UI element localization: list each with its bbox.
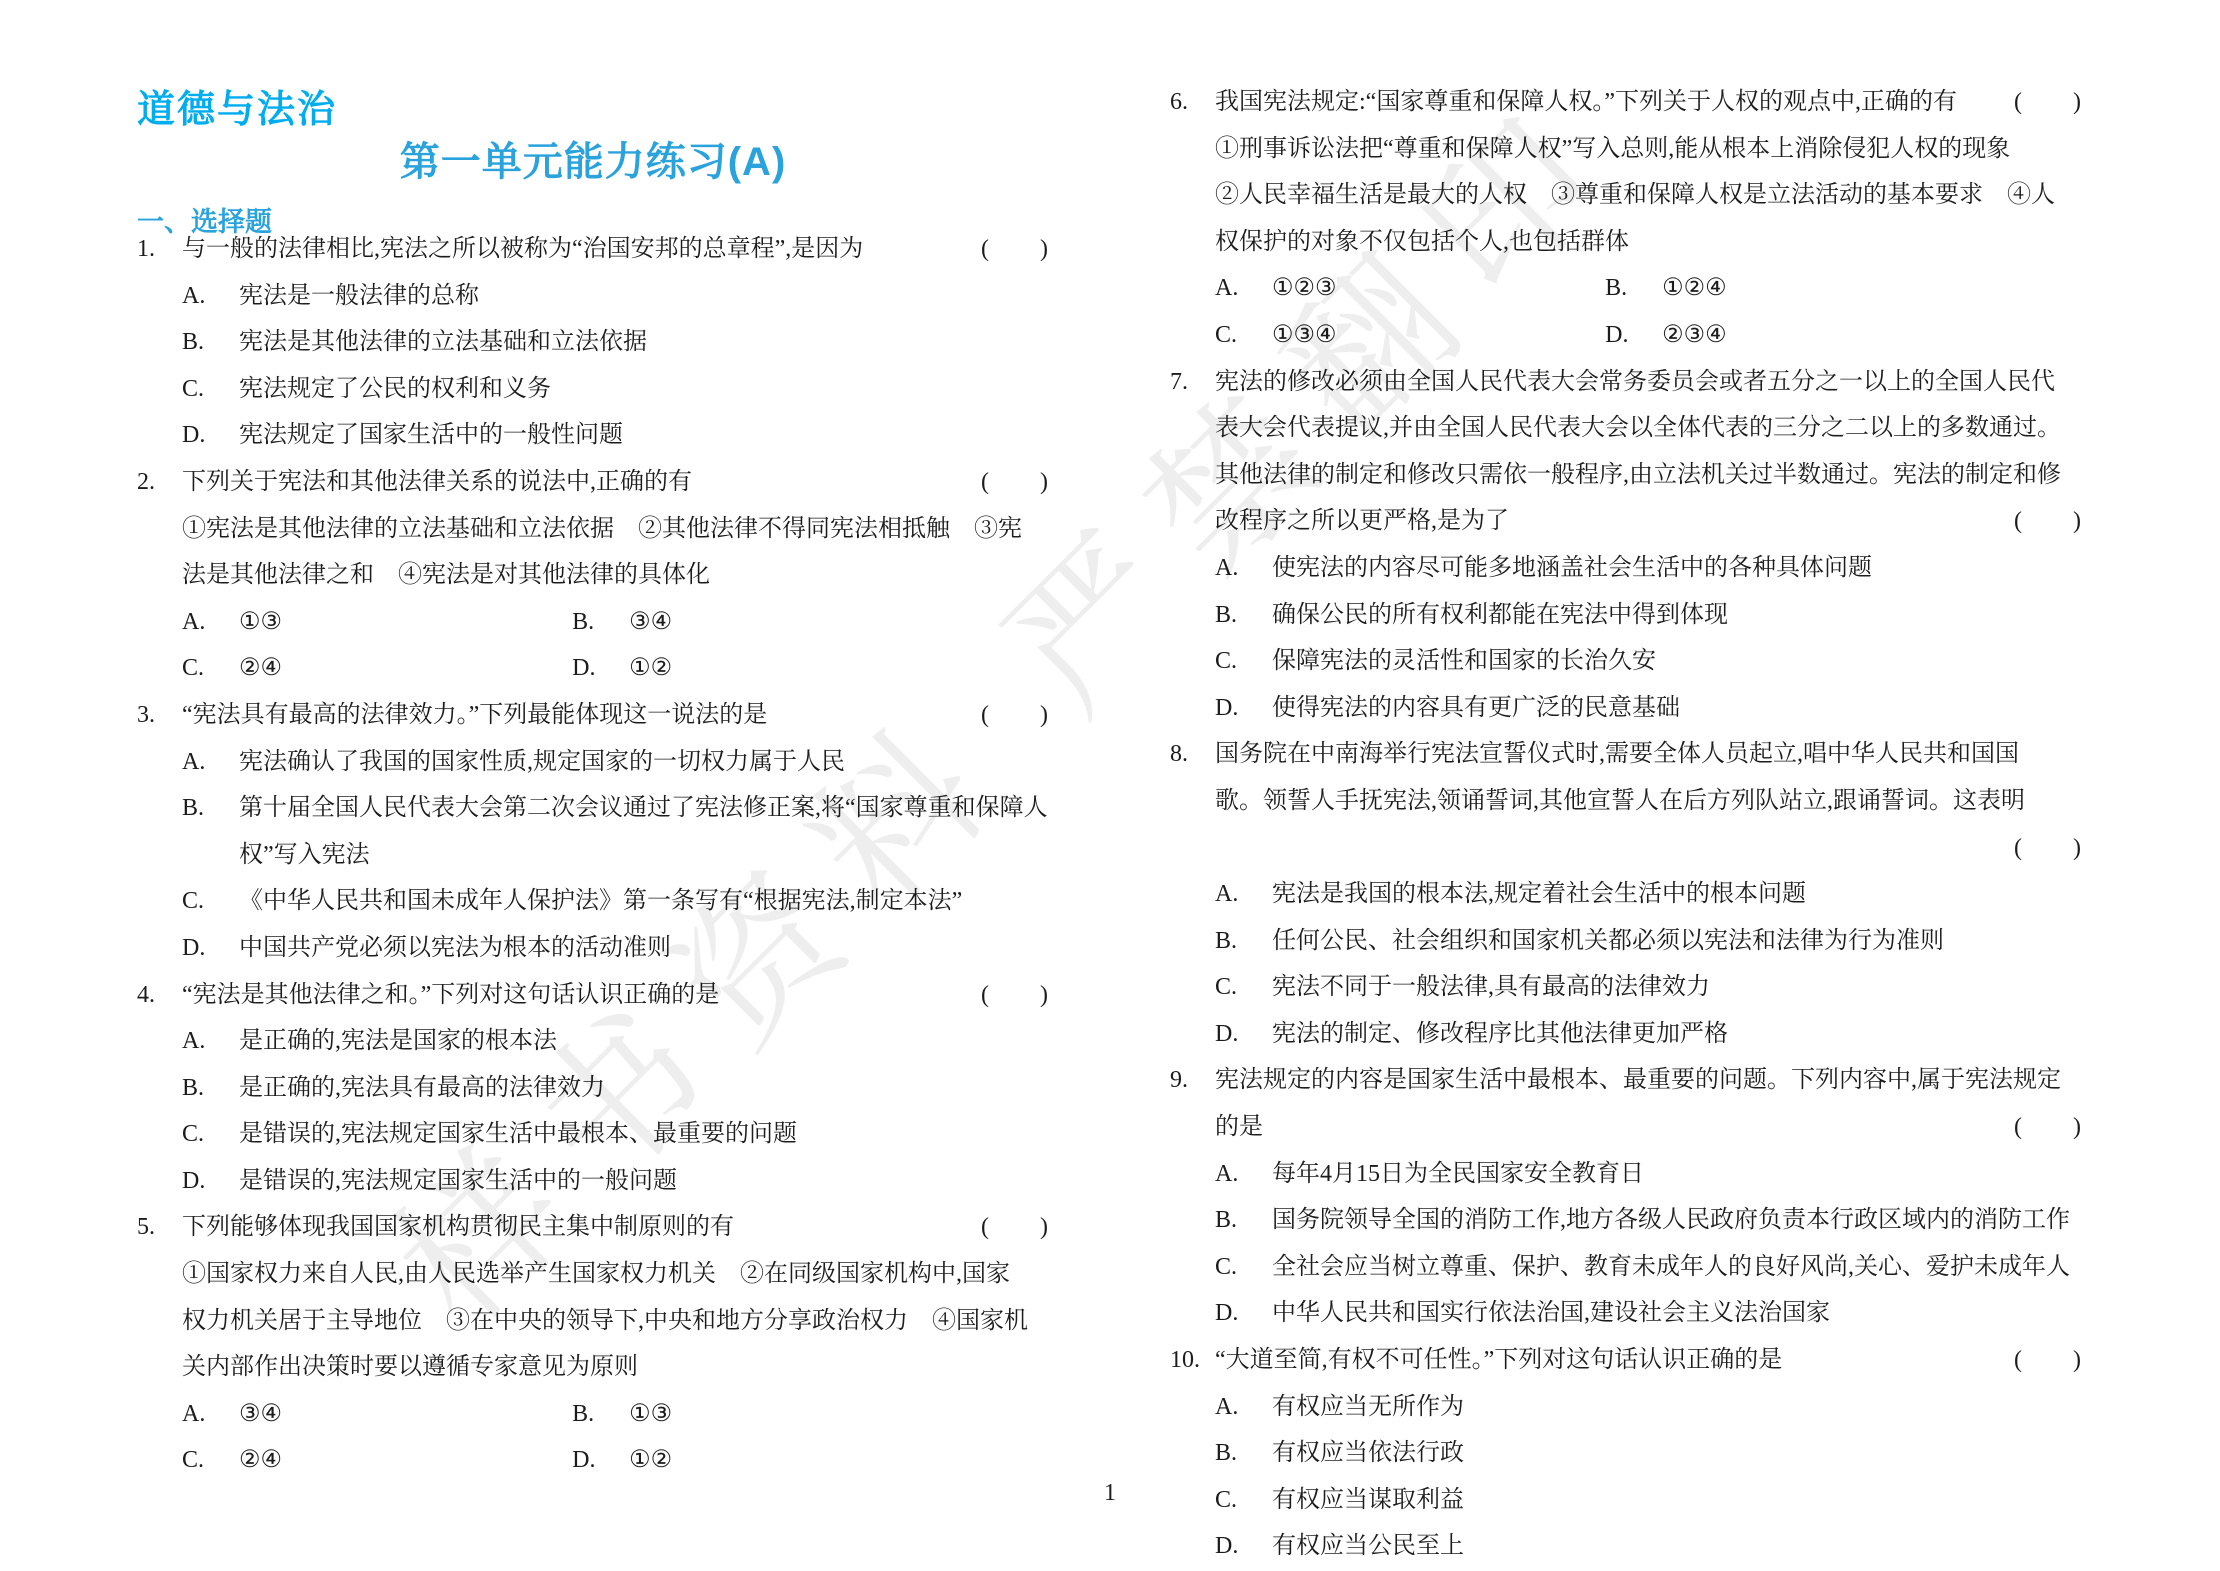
option: B.有权应当依法行政 [1215,1430,2082,1477]
option-text: 宪法规定了公民的权利和义务 [239,366,1049,413]
answer-blank: ( ) [2014,1104,2082,1151]
option-label: D. [572,645,629,692]
option: D.有权应当公民至上 [1215,1523,2082,1570]
option: C.①③④ [1215,312,1605,359]
question-number: 4. [137,972,182,1019]
option-text: 保障宪法的灵活性和国家的长治久安 [1272,638,2082,685]
question: 3.“宪法具有最高的法律效力。”下列最能体现这一说法的是( )A.宪法确认了我国… [137,692,1049,972]
option: A.是正确的,宪法是国家的根本法 [182,1018,1049,1065]
stem-line: “大道至简,有权不可任性。”下列对这句话认识正确的是( ) [1215,1337,2082,1384]
answer-blank: ( ) [2014,1337,2082,1384]
option-text: 有权应当公民至上 [1272,1523,2082,1570]
option-label: B. [1215,918,1272,965]
stem-line: ①国家权力来自人民,由人民选举产生国家权力机关 ②在同级国家机构中,国家 [182,1251,1049,1298]
option: A.使宪法的内容尽可能多地涵盖社会生活中的各种具体问题 [1215,545,2082,592]
option: B.确保公民的所有权利都能在宪法中得到体现 [1215,592,2082,639]
option-label: C. [1215,964,1272,1011]
option-label: D. [182,925,239,972]
stem-lines: 下列关于宪法和其他法律关系的说法中,正确的有( )①宪法是其他法律的立法基础和立… [182,459,1049,599]
option: C.②④ [182,1437,572,1484]
question-stem: 8.国务院在中南海举行宪法宣誓仪式时,需要全体人员起立,唱中华人民共和国国歌。领… [1170,731,2082,871]
options: A.使宪法的内容尽可能多地涵盖社会生活中的各种具体问题B.确保公民的所有权利都能… [1215,545,2082,731]
option: C.宪法不同于一般法律,具有最高的法律效力 [1215,964,2082,1011]
option-text: 每年4月15日为全民国家安全教育日 [1272,1151,2082,1198]
stem-text: “宪法是其他法律之和。”下列对这句话认识正确的是 [182,972,719,1019]
answer-blank: ( ) [2014,79,2082,126]
option: D.宪法规定了国家生活中的一般性问题 [182,412,1049,459]
question-stem: 2.下列关于宪法和其他法律关系的说法中,正确的有( )①宪法是其他法律的立法基础… [137,459,1049,599]
question: 1.与一般的法律相比,宪法之所以被称为“治国安邦的总章程”,是因为( )A.宪法… [137,226,1049,459]
page-number: 1 [0,1480,2220,1507]
option: D.②③④ [1605,312,2082,359]
stem-line: ( ) [1215,825,2082,872]
question-number: 9. [1170,1057,1215,1150]
stem-line: 权保护的对象不仅包括个人,也包括群体 [1215,219,2082,266]
stem-line: 权力机关居于主导地位 ③在中央的领导下,中央和地方分享政治权力 ④国家机 [182,1298,1049,1345]
stem-line: “宪法具有最高的法律效力。”下列最能体现这一说法的是( ) [182,692,1049,739]
stem-line: 宪法的修改必须由全国人民代表大会常务委员会或者五分之一以上的全国人民代 [1215,359,2082,406]
option: B.国务院领导全国的消防工作,地方各级人民政府负责本行政区域内的消防工作 [1215,1197,2082,1244]
question-stem: 5.下列能够体现我国国家机构贯彻民主集中制原则的有( )①国家权力来自人民,由人… [137,1204,1049,1390]
stem-text: 改程序之所以更严格,是为了 [1215,498,1509,545]
option-label: C. [182,878,239,925]
option-text: 有权应当依法行政 [1272,1430,2082,1477]
option: A.③④ [182,1391,572,1438]
option-label: B. [572,599,629,646]
stem-text: 法是其他法律之和 ④宪法是对其他法律的具体化 [182,552,710,599]
option: A.①③ [182,599,572,646]
option-label: B. [1215,592,1272,639]
option: B.③④ [572,599,1049,646]
option-label: D. [1215,1523,1272,1570]
stem-text: 宪法规定的内容是国家生活中最根本、最重要的问题。下列内容中,属于宪法规定 [1215,1057,2061,1104]
stem-line: ②人民幸福生活是最大的人权 ③尊重和保障人权是立法活动的基本要求 ④人 [1215,172,2082,219]
question-stem: 1.与一般的法律相比,宪法之所以被称为“治国安邦的总章程”,是因为( ) [137,226,1049,273]
option-label: A. [1215,1151,1272,1198]
option-text: 《中华人民共和国未成年人保护法》第一条写有“根据宪法,制定本法” [239,878,1049,925]
option-text: ①② [629,1437,1049,1484]
subject-brand: 道德与法治 [137,78,337,133]
question-stem: 9.宪法规定的内容是国家生活中最根本、最重要的问题。下列内容中,属于宪法规定的是… [1170,1057,2082,1150]
option-text: 中华人民共和国实行依法治国,建设社会主义法治国家 [1272,1290,2082,1337]
option-label: A. [1215,1384,1272,1431]
option-label: D. [1215,1011,1272,1058]
question-number: 10. [1170,1337,1215,1384]
option-label: A. [1215,871,1272,918]
option-label: A. [182,1018,239,1065]
stem-line: 改程序之所以更严格,是为了( ) [1215,498,2082,545]
stem-text: 表大会代表提议,并由全国人民代表大会以全体代表的三分之二以上的多数通过。 [1215,405,2061,452]
stem-text: ①刑事诉讼法把“尊重和保障人权”写入总则,能从根本上消除侵犯人权的现象 [1215,126,2010,173]
answer-blank: ( ) [981,226,1049,273]
option-text: 确保公民的所有权利都能在宪法中得到体现 [1272,592,2082,639]
option-text: 宪法不同于一般法律,具有最高的法律效力 [1272,964,2082,1011]
option: C.宪法规定了公民的权利和义务 [182,366,1049,413]
stem-lines: “宪法是其他法律之和。”下列对这句话认识正确的是( ) [182,972,1049,1019]
option-text: ②③④ [1662,312,2082,359]
stem-text: 其他法律的制定和修改只需依一般程序,由立法机关过半数通过。宪法的制定和修 [1215,452,2061,499]
option-text: 宪法确认了我国的国家性质,规定国家的一切权力属于人民 [239,739,1049,786]
question-number: 6. [1170,79,1215,265]
option-label: D. [572,1437,629,1484]
question-number: 5. [137,1204,182,1390]
stem-text: 权保护的对象不仅包括个人,也包括群体 [1215,219,1629,266]
option-label: B. [182,785,239,878]
questions-column-left: 1.与一般的法律相比,宪法之所以被称为“治国安邦的总章程”,是因为( )A.宪法… [137,226,1049,1484]
page-title: 第一单元能力练习(A) [137,130,1049,187]
stem-text: “大道至简,有权不可任性。”下列对这句话认识正确的是 [1215,1337,1782,1384]
stem-lines: 宪法规定的内容是国家生活中最根本、最重要的问题。下列内容中,属于宪法规定的是( … [1215,1057,2082,1150]
stem-text: 我国宪法规定:“国家尊重和保障人权。”下列关于人权的观点中,正确的有 [1215,79,1957,126]
option-label: D. [1605,312,1662,359]
option-label: A. [182,599,239,646]
stem-line: 国务院在中南海举行宪法宣誓仪式时,需要全体人员起立,唱中华人民共和国国 [1215,731,2082,778]
option-text: 宪法规定了国家生活中的一般性问题 [239,412,1049,459]
option: B.第十届全国人民代表大会第二次会议通过了宪法修正案,将“国家尊重和保障人权”写… [182,785,1049,878]
stem-text: 下列关于宪法和其他法律关系的说法中,正确的有 [182,459,692,506]
stem-line: 宪法规定的内容是国家生活中最根本、最重要的问题。下列内容中,属于宪法规定 [1215,1057,2082,1104]
option: C.保障宪法的灵活性和国家的长治久安 [1215,638,2082,685]
option-text: ①③ [239,599,572,646]
option: A.宪法是我国的根本法,规定着社会生活中的根本问题 [1215,871,2082,918]
question-number: 7. [1170,359,1215,545]
question: 8.国务院在中南海举行宪法宣誓仪式时,需要全体人员起立,唱中华人民共和国国歌。领… [1170,731,2082,1057]
options: A.宪法是我国的根本法,规定着社会生活中的根本问题B.任何公民、社会组织和国家机… [1215,871,2082,1057]
stem-lines: 国务院在中南海举行宪法宣誓仪式时,需要全体人员起立,唱中华人民共和国国歌。领誓人… [1215,731,2082,871]
stem-line: 与一般的法律相比,宪法之所以被称为“治国安邦的总章程”,是因为( ) [182,226,1049,273]
options: A.是正确的,宪法是国家的根本法B.是正确的,宪法具有最高的法律效力C.是错误的… [182,1018,1049,1204]
option-label: A. [1215,545,1272,592]
option-label: A. [182,1391,239,1438]
answer-blank: ( ) [981,459,1049,506]
question: 4.“宪法是其他法律之和。”下列对这句话认识正确的是( )A.是正确的,宪法是国… [137,972,1049,1205]
stem-line: 表大会代表提议,并由全国人民代表大会以全体代表的三分之二以上的多数通过。 [1215,405,2082,452]
stem-text: ①国家权力来自人民,由人民选举产生国家权力机关 ②在同级国家机构中,国家 [182,1251,1010,1298]
option-text: ①② [629,645,1049,692]
option-text: 国务院领导全国的消防工作,地方各级人民政府负责本行政区域内的消防工作 [1272,1197,2082,1244]
stem-text: 关内部作出决策时要以遵循专家意见为原则 [182,1344,638,1391]
option: A.有权应当无所作为 [1215,1384,2082,1431]
option: A.①②③ [1215,265,1605,312]
questions-column-right: 6.我国宪法规定:“国家尊重和保障人权。”下列关于人权的观点中,正确的有( )①… [1170,79,2082,1570]
stem-line: 其他法律的制定和修改只需依一般程序,由立法机关过半数通过。宪法的制定和修 [1215,452,2082,499]
option: B.任何公民、社会组织和国家机关都必须以宪法和法律为行为准则 [1215,918,2082,965]
option-label: B. [182,319,239,366]
option-text: 使宪法的内容尽可能多地涵盖社会生活中的各种具体问题 [1272,545,2082,592]
question-number: 8. [1170,731,1215,871]
option-label: C. [182,366,239,413]
stem-line: ①宪法是其他法律的立法基础和立法依据 ②其他法律不得同宪法相抵触 ③宪 [182,506,1049,553]
question: 6.我国宪法规定:“国家尊重和保障人权。”下列关于人权的观点中,正确的有( )①… [1170,79,2082,359]
option-label: A. [182,739,239,786]
question: 5.下列能够体现我国国家机构贯彻民主集中制原则的有( )①国家权力来自人民,由人… [137,1204,1049,1484]
option: A.宪法是一般法律的总称 [182,273,1049,320]
option-label: D. [1215,685,1272,732]
answer-blank: ( ) [2014,498,2082,545]
question: 10.“大道至简,有权不可任性。”下列对这句话认识正确的是( )A.有权应当无所… [1170,1337,2082,1570]
stem-line: ①刑事诉讼法把“尊重和保障人权”写入总则,能从根本上消除侵犯人权的现象 [1215,126,2082,173]
option-label: B. [1605,265,1662,312]
option-text: 宪法是一般法律的总称 [239,273,1049,320]
option-label: D. [182,412,239,459]
option-text: ③④ [629,599,1049,646]
options: A.③④B.①③C.②④D.①② [182,1391,1049,1484]
option-text: ②④ [239,645,572,692]
stem-lines: 下列能够体现我国国家机构贯彻民主集中制原则的有( )①国家权力来自人民,由人民选… [182,1204,1049,1390]
stem-line: 下列能够体现我国国家机构贯彻民主集中制原则的有( ) [182,1204,1049,1251]
option-text: 第十届全国人民代表大会第二次会议通过了宪法修正案,将“国家尊重和保障人权”写入宪… [239,785,1049,878]
stem-text: 宪法的修改必须由全国人民代表大会常务委员会或者五分之一以上的全国人民代 [1215,359,2055,406]
stem-text: 下列能够体现我国国家机构贯彻民主集中制原则的有 [182,1204,734,1251]
option: A.宪法确认了我国的国家性质,规定国家的一切权力属于人民 [182,739,1049,786]
question-number: 2. [137,459,182,599]
option-text: 全社会应当树立尊重、保护、教育未成年人的良好风尚,关心、爱护未成年人 [1272,1244,2082,1291]
stem-lines: 与一般的法律相比,宪法之所以被称为“治国安邦的总章程”,是因为( ) [182,226,1049,273]
option-text: 使得宪法的内容具有更广泛的民意基础 [1272,685,2082,732]
option-text: 宪法的制定、修改程序比其他法律更加严格 [1272,1011,2082,1058]
stem-line: 下列关于宪法和其他法律关系的说法中,正确的有( ) [182,459,1049,506]
option-label: D. [1215,1290,1272,1337]
options: A.①③B.③④C.②④D.①② [182,599,1049,692]
option-text: 是错误的,宪法规定国家生活中最根本、最重要的问题 [239,1111,1049,1158]
options: A.宪法确认了我国的国家性质,规定国家的一切权力属于人民B.第十届全国人民代表大… [182,739,1049,972]
option: C.②④ [182,645,572,692]
option-label: C. [1215,312,1272,359]
option-text: ①③④ [1272,312,1605,359]
answer-blank: ( ) [981,692,1049,739]
stem-text: 国务院在中南海举行宪法宣誓仪式时,需要全体人员起立,唱中华人民共和国国 [1215,731,2019,778]
option-text: 是错误的,宪法规定国家生活中的一般问题 [239,1158,1049,1205]
stem-text: “宪法具有最高的法律效力。”下列最能体现这一说法的是 [182,692,767,739]
question-stem: 10.“大道至简,有权不可任性。”下列对这句话认识正确的是( ) [1170,1337,2082,1384]
option-text: 是正确的,宪法是国家的根本法 [239,1018,1049,1065]
option: D.①② [572,645,1049,692]
stem-line: 的是( ) [1215,1104,2082,1151]
answer-blank: ( ) [2014,825,2082,872]
option-text: ①③ [629,1391,1049,1438]
option-text: 是正确的,宪法具有最高的法律效力 [239,1065,1049,1112]
option-text: 宪法是我国的根本法,规定着社会生活中的根本问题 [1272,871,2082,918]
option: C.《中华人民共和国未成年人保护法》第一条写有“根据宪法,制定本法” [182,878,1049,925]
answer-blank: ( ) [981,1204,1049,1251]
stem-text: 与一般的法律相比,宪法之所以被称为“治国安邦的总章程”,是因为 [182,226,863,273]
option-label: A. [182,273,239,320]
option-text: ②④ [239,1437,572,1484]
stem-lines: “大道至简,有权不可任性。”下列对这句话认识正确的是( ) [1215,1337,2082,1384]
option: D.①② [572,1437,1049,1484]
option: D.是错误的,宪法规定国家生活中的一般问题 [182,1158,1049,1205]
option-label: B. [1215,1430,1272,1477]
question-number: 1. [137,226,182,273]
option: A.每年4月15日为全民国家安全教育日 [1215,1151,2082,1198]
options: A.有权应当无所作为B.有权应当依法行政C.有权应当谋取利益D.有权应当公民至上 [1215,1384,2082,1570]
option: D.宪法的制定、修改程序比其他法律更加严格 [1215,1011,2082,1058]
option-text: ①②③ [1272,265,1605,312]
question: 7.宪法的修改必须由全国人民代表大会常务委员会或者五分之一以上的全国人民代表大会… [1170,359,2082,732]
stem-text: ②人民幸福生活是最大的人权 ③尊重和保障人权是立法活动的基本要求 ④人 [1215,172,2055,219]
stem-line: 歌。领誓人手抚宪法,领诵誓词,其他宣誓人在后方列队站立,跟诵誓词。这表明 [1215,778,2082,825]
question-stem: 3.“宪法具有最高的法律效力。”下列最能体现这一说法的是( ) [137,692,1049,739]
stem-lines: 宪法的修改必须由全国人民代表大会常务委员会或者五分之一以上的全国人民代表大会代表… [1215,359,2082,545]
question-stem: 6.我国宪法规定:“国家尊重和保障人权。”下列关于人权的观点中,正确的有( )①… [1170,79,2082,265]
question-stem: 7.宪法的修改必须由全国人民代表大会常务委员会或者五分之一以上的全国人民代表大会… [1170,359,2082,545]
stem-lines: “宪法具有最高的法律效力。”下列最能体现这一说法的是( ) [182,692,1049,739]
option: B.宪法是其他法律的立法基础和立法依据 [182,319,1049,366]
option: D.中国共产党必须以宪法为根本的活动准则 [182,925,1049,972]
option-label: B. [1215,1197,1272,1244]
option-label: C. [1215,1244,1272,1291]
option-text: ③④ [239,1391,572,1438]
option: D.使得宪法的内容具有更广泛的民意基础 [1215,685,2082,732]
option: C.全社会应当树立尊重、保护、教育未成年人的良好风尚,关心、爱护未成年人 [1215,1244,2082,1291]
option-label: A. [1215,265,1272,312]
option-text: 中国共产党必须以宪法为根本的活动准则 [239,925,1049,972]
option-label: C. [182,1437,239,1484]
option-label: C. [1215,638,1272,685]
question: 2.下列关于宪法和其他法律关系的说法中,正确的有( )①宪法是其他法律的立法基础… [137,459,1049,692]
question-number: 3. [137,692,182,739]
stem-line: 我国宪法规定:“国家尊重和保障人权。”下列关于人权的观点中,正确的有( ) [1215,79,2082,126]
stem-line: “宪法是其他法律之和。”下列对这句话认识正确的是( ) [182,972,1049,1019]
options: A.宪法是一般法律的总称B.宪法是其他法律的立法基础和立法依据C.宪法规定了公民… [182,273,1049,459]
option: B.①②④ [1605,265,2082,312]
stem-line: 法是其他法律之和 ④宪法是对其他法律的具体化 [182,552,1049,599]
option-label: B. [572,1391,629,1438]
option: B.①③ [572,1391,1049,1438]
stem-lines: 我国宪法规定:“国家尊重和保障人权。”下列关于人权的观点中,正确的有( )①刑事… [1215,79,2082,265]
stem-text: 权力机关居于主导地位 ③在中央的领导下,中央和地方分享政治权力 ④国家机 [182,1298,1028,1345]
options: A.①②③B.①②④C.①③④D.②③④ [1215,265,2082,358]
option-text: ①②④ [1662,265,2082,312]
option-label: D. [182,1158,239,1205]
option-label: C. [182,1111,239,1158]
stem-line: 关内部作出决策时要以遵循专家意见为原则 [182,1344,1049,1391]
stem-text: ①宪法是其他法律的立法基础和立法依据 ②其他法律不得同宪法相抵触 ③宪 [182,506,1022,553]
option-label: B. [182,1065,239,1112]
question: 9.宪法规定的内容是国家生活中最根本、最重要的问题。下列内容中,属于宪法规定的是… [1170,1057,2082,1337]
option: B.是正确的,宪法具有最高的法律效力 [182,1065,1049,1112]
question-stem: 4.“宪法是其他法律之和。”下列对这句话认识正确的是( ) [137,972,1049,1019]
option-text: 任何公民、社会组织和国家机关都必须以宪法和法律为行为准则 [1272,918,2082,965]
option-text: 宪法是其他法律的立法基础和立法依据 [239,319,1049,366]
option: C.是错误的,宪法规定国家生活中最根本、最重要的问题 [182,1111,1049,1158]
option: D.中华人民共和国实行依法治国,建设社会主义法治国家 [1215,1290,2082,1337]
answer-blank: ( ) [981,972,1049,1019]
options: A.每年4月15日为全民国家安全教育日B.国务院领导全国的消防工作,地方各级人民… [1215,1151,2082,1337]
stem-text: 的是 [1215,1104,1263,1151]
option-text: 有权应当无所作为 [1272,1384,2082,1431]
stem-text: 歌。领誓人手抚宪法,领诵誓词,其他宣誓人在后方列队站立,跟诵誓词。这表明 [1215,778,2025,825]
option-label: C. [182,645,239,692]
